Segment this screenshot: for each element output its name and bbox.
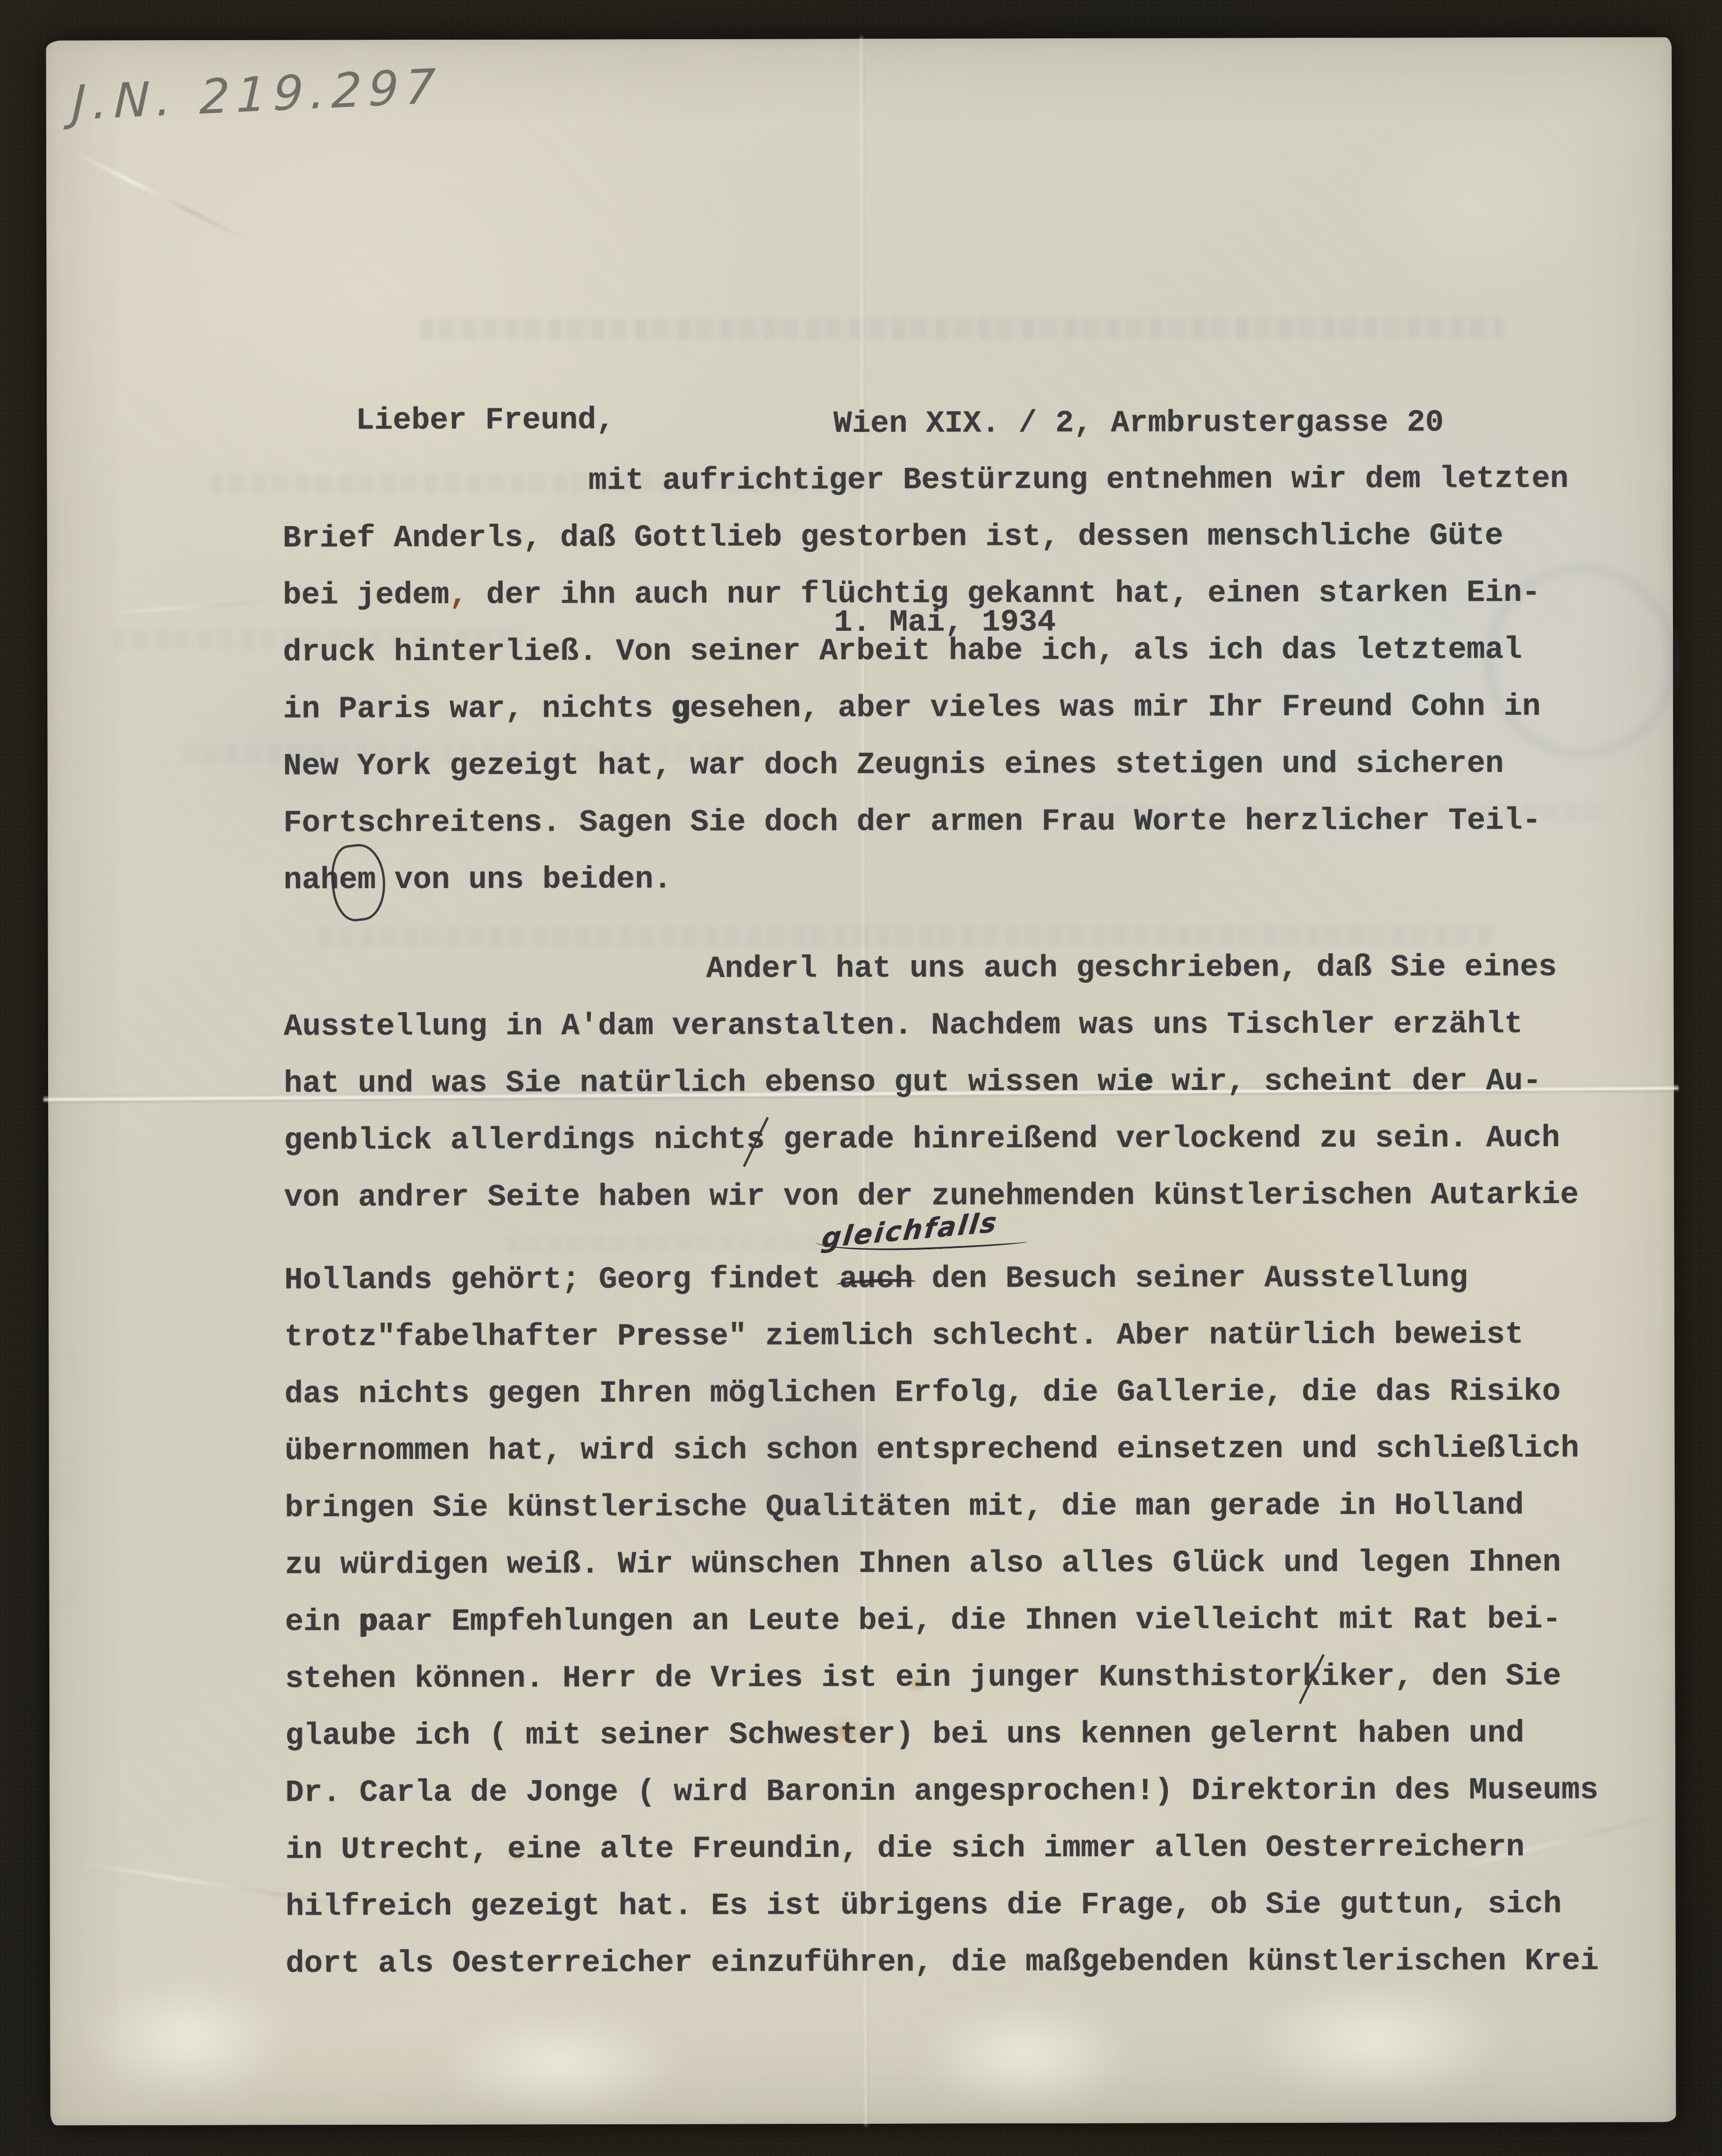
inventory-number: J.N. 219.297: [71, 58, 443, 131]
typed-text: Fortschreitens. Sagen Sie doch der armen…: [283, 803, 1541, 841]
typed-text: Brief Anderls, daß Gottlieb gestorben is…: [282, 518, 1503, 556]
typed-text: mit aufrichtiger Bestürzung entnehmen wi…: [588, 461, 1568, 498]
typed-text: nah: [283, 862, 339, 897]
typed-text: Hollands gehört; Georg findet: [284, 1261, 839, 1297]
typed-text: esse" ziemlich schlecht. Aber natürlich …: [654, 1317, 1524, 1354]
typed-text: g: [671, 691, 690, 726]
typed-text: in Paris war, nichts: [283, 691, 671, 727]
body-line: nahem von uns beiden.: [283, 849, 1689, 909]
typed-text: druck hinterließ. Von seiner Arbeit habe…: [283, 632, 1522, 670]
typed-text: wir, scheint der Au-: [1153, 1064, 1541, 1099]
typed-text: p: [359, 1604, 378, 1639]
body-line: übernommen hat, wird sich schon entsprec…: [285, 1420, 1690, 1480]
pressure-mark: [918, 1999, 1134, 2112]
body-line: Fortschreitens. Sagen Sie doch der armen…: [283, 792, 1689, 852]
typed-text: das nichts gegen Ihren möglichen Erfolg,…: [284, 1374, 1560, 1412]
body-line: Ausstellung in A'dam veranstalten. Nachd…: [284, 995, 1689, 1055]
body-line: in Utrecht, eine alte Freundin, die sich…: [285, 1818, 1691, 1878]
typed-text: esehen, aber vieles was mir Ihr Freund C…: [690, 689, 1541, 726]
body-line: Hollands gehört; Georg findet auch den B…: [284, 1249, 1690, 1309]
crease-mark: [108, 599, 285, 614]
typed-text: Ausstellung in A'dam veranstalten. Nachd…: [284, 1007, 1523, 1044]
typed-text: übernommen hat, wird sich schon entsprec…: [285, 1431, 1580, 1469]
body-line: hat und was Sie natürlich ebenso gut wis…: [284, 1052, 1689, 1112]
body-line: trotz"fabelhafter Presse" ziemlich schle…: [284, 1306, 1690, 1366]
body-line: Anderl hat uns auch geschrieben, daß Sie…: [283, 938, 1689, 998]
typed-text: s: [746, 1111, 765, 1168]
body-line: das nichts gegen Ihren möglichen Erfolg,…: [284, 1363, 1690, 1423]
body-line: Brief Anderls, daß Gottlieb gestorben is…: [282, 507, 1688, 567]
typed-text: trotz"fabelhafter P: [284, 1319, 636, 1355]
typed-text: von andrer Seite haben wir von der zuneh…: [284, 1177, 1579, 1215]
typed-text: zu würdigen weiß. Wir wünschen Ihnen als…: [285, 1545, 1561, 1583]
circled-letters: em: [339, 852, 376, 909]
typed-text: bringen Sie künstlerische Qualitäten mit…: [285, 1488, 1524, 1526]
typed-text: hilfreich gezeigt hat. Es ist übrigens d…: [286, 1887, 1562, 1924]
body-line: New York gezeigt hat, war doch Zeugnis e…: [283, 735, 1688, 795]
crease-mark: [70, 149, 251, 243]
body-line: glaube ich ( mit seiner Schwester) bei u…: [285, 1705, 1691, 1764]
scan-background: J.N. 219.297 Wien XIX. / 2, Armbrusterga…: [0, 0, 1722, 2156]
typed-text: glaube ich ( mit seiner Schwester) bei u…: [285, 1716, 1524, 1754]
body-line: ein paar Empfehlungen an Leute bei, die …: [285, 1591, 1690, 1650]
typed-text: Anderl hat uns auch geschrieben, daß Sie…: [706, 950, 1557, 986]
body-line: in Paris war, nichts gesehen, aber viele…: [283, 678, 1688, 738]
typed-text: New York gezeigt hat, war doch Zeugnis e…: [283, 746, 1504, 783]
typed-text: aar Empfehlungen an Leute bei, die Ihnen…: [377, 1602, 1561, 1639]
body-line: druck hinterließ. Von seiner Arbeit habe…: [283, 621, 1688, 681]
typed-text: den Besuch seiner Ausstellung: [913, 1260, 1468, 1296]
body-line: bei jedem, der ihn auch nur flüchtig gek…: [283, 564, 1688, 624]
body-line: genblick allerdings nichts gerade hinrei…: [284, 1109, 1689, 1169]
pressure-mark: [92, 1978, 289, 2100]
typed-text: stehen können. Herr de Vries ist ein jun…: [285, 1659, 1303, 1697]
typed-text: bei jedem: [283, 578, 450, 613]
pressure-mark: [438, 2009, 680, 2117]
typed-text: Dr. Carla de Jonge ( wird Baronin angesp…: [285, 1773, 1598, 1811]
body-line: Dr. Carla de Jonge ( wird Baronin angesp…: [285, 1761, 1691, 1821]
typed-text: e: [1135, 1064, 1153, 1099]
pressure-mark: [1245, 1980, 1507, 2101]
salutation: Lieber Freund,: [356, 402, 615, 438]
typed-text: hat und was Sie natürlich ebenso gut wis…: [284, 1064, 1135, 1101]
typed-text: der ihn auch nur flüchtig gekannt hat, e…: [468, 575, 1540, 613]
body-line: zu würdigen weiß. Wir wünschen Ihnen als…: [285, 1534, 1690, 1593]
address-line: Wien XIX. / 2, Armbrustergasse 20: [833, 389, 1444, 457]
letter-body: mit aufrichtiger Bestürzung entnehmen wi…: [282, 450, 1691, 1992]
typed-text: ein: [285, 1604, 359, 1639]
body-line: mit aufrichtiger Bestürzung entnehmen wi…: [282, 450, 1688, 510]
body-line: stehen können. Herr de Vries ist ein jun…: [285, 1648, 1691, 1707]
typed-text: iker, den Sie: [1321, 1659, 1561, 1694]
typed-text: gerade hinreißend verlockend zu sein. Au…: [765, 1120, 1560, 1157]
typed-text: k: [1302, 1649, 1321, 1705]
body-line: bringen Sie künstlerische Qualitäten mit…: [285, 1477, 1690, 1536]
typed-text: r: [636, 1319, 655, 1354]
typed-text: ,: [449, 578, 468, 613]
typed-text: in Utrecht, eine alte Freundin, die sich…: [285, 1830, 1524, 1867]
typed-text: von uns beiden.: [376, 862, 672, 897]
body-line: hilfreich gezeigt hat. Es ist übrigens d…: [286, 1875, 1691, 1935]
letter-paper: J.N. 219.297 Wien XIX. / 2, Armbrusterga…: [46, 37, 1676, 2125]
typed-text: dort als Oesterreicher einzuführen, die …: [286, 1944, 1599, 1981]
typed-text: genblick allerdings nicht: [284, 1122, 746, 1158]
body-line: dort als Oesterreicher einzuführen, die …: [286, 1932, 1691, 1992]
struck-word: auch: [839, 1251, 913, 1308]
